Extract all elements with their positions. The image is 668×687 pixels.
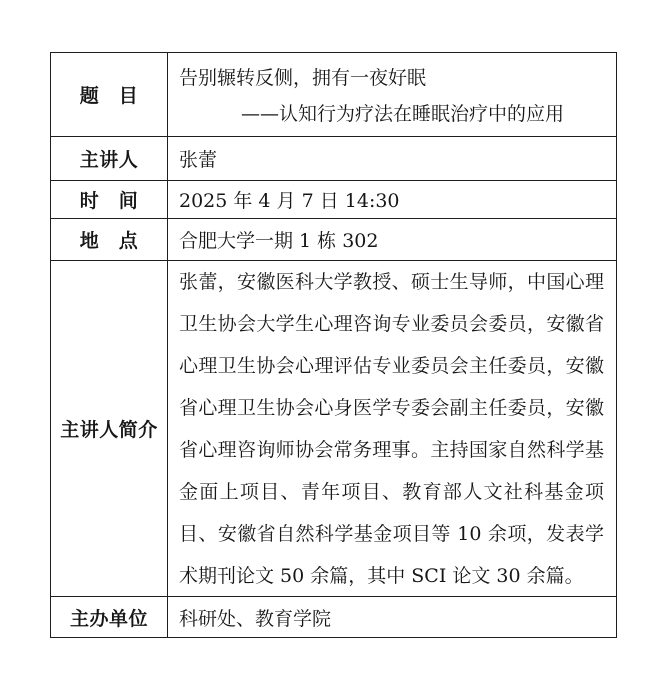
organizer-row-label: 主办单位 (51, 597, 168, 637)
lecture-location: 合肥大学一期 1 栋 302 (168, 219, 616, 261)
lecture-title-line2: ——认知行为疗法在睡眠治疗中的应用 (179, 99, 604, 126)
organizer-names: 科研处、教育学院 (168, 597, 616, 637)
lecture-title-line1: 告别辗转反侧，拥有一夜好眠 (179, 63, 604, 90)
lecture-info-table: 题 目 告别辗转反侧，拥有一夜好眠 ——认知行为疗法在睡眠治疗中的应用 主讲人 … (50, 52, 617, 638)
speaker-row-label: 主讲人 (51, 137, 168, 181)
lecture-time: 2025 年 4 月 7 日 14:30 (168, 181, 616, 219)
time-row-label: 时 间 (51, 181, 168, 219)
bio-row-label: 主讲人简介 (51, 261, 168, 597)
title-row-label: 题 目 (51, 53, 168, 137)
speaker-name: 张蕾 (168, 137, 616, 181)
document-page: 题 目 告别辗转反侧，拥有一夜好眠 ——认知行为疗法在睡眠治疗中的应用 主讲人 … (0, 0, 668, 687)
location-row-label: 地 点 (51, 219, 168, 261)
title-row-value: 告别辗转反侧，拥有一夜好眠 ——认知行为疗法在睡眠治疗中的应用 (168, 53, 616, 137)
speaker-bio-text: 张蕾，安徽医科大学教授、硕士生导师，中国心理卫生协会大学生心理咨询专业委员会委员… (168, 261, 616, 597)
